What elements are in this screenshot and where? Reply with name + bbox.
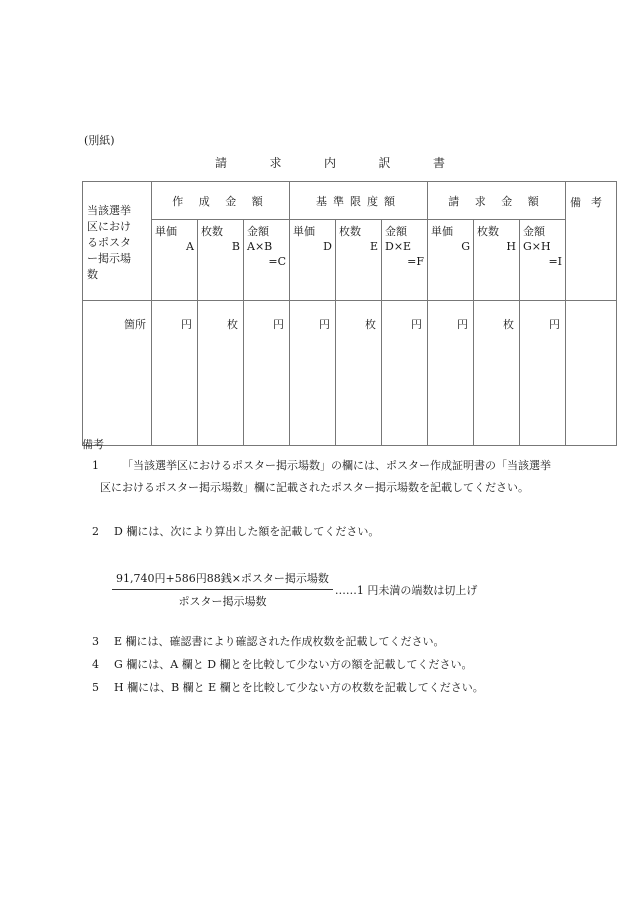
note-text: D 欄には、次により算出した額を記載してください。 bbox=[114, 525, 379, 538]
column-header-F: 金額D×E=F bbox=[382, 220, 428, 301]
column-header-I: 金額G×H=I bbox=[520, 220, 566, 301]
cell-E[interactable]: 枚 bbox=[336, 301, 382, 446]
note-number: 3 bbox=[92, 631, 114, 653]
note-text: H 欄には、B 欄と E 欄とを比較して少ない方の枚数を記載してください。 bbox=[114, 681, 484, 694]
row-label-line: 当該選挙 bbox=[87, 203, 147, 219]
note-item-5: 5H 欄には、B 欄と E 欄とを比較して少ない方の枚数を記載してください。 bbox=[92, 677, 484, 699]
note-number: 5 bbox=[92, 677, 114, 699]
cell-remarks[interactable] bbox=[566, 301, 617, 446]
cell-C[interactable]: 円 bbox=[244, 301, 290, 446]
group-header-claim-amount: 請 求 金 額 bbox=[428, 182, 566, 220]
posting-places-cell[interactable]: 箇所 bbox=[83, 301, 152, 446]
group-header-limit-amount: 基準限度額 bbox=[290, 182, 428, 220]
note-text: G 欄には、A 欄と D 欄とを比較して少ない方の額を記載してください。 bbox=[114, 658, 473, 671]
cell-D[interactable]: 円 bbox=[290, 301, 336, 446]
notes-title: 備考 bbox=[82, 436, 104, 452]
row-label-line: 区におけ bbox=[87, 219, 147, 235]
note-number: 1 bbox=[92, 455, 99, 477]
calculation-formula: 91,740円+586円88銭×ポスター掲示場数 ポスター掲示場数 ……1 円未… bbox=[112, 570, 477, 609]
column-header-G: 単価G bbox=[428, 220, 474, 301]
column-header-E: 枚数E bbox=[336, 220, 382, 301]
attachment-label: (別紙) bbox=[84, 132, 115, 148]
title-char: 内 bbox=[324, 154, 336, 171]
row-label-line: ー掲示場 bbox=[87, 251, 147, 267]
group-header-creation-amount: 作 成 金 額 bbox=[152, 182, 290, 220]
cell-H[interactable]: 枚 bbox=[474, 301, 520, 446]
document-title: 請 求 内 訳 書 bbox=[215, 154, 445, 171]
note-item-4: 4G 欄には、A 欄と D 欄とを比較して少ない方の額を記載してください。 bbox=[92, 654, 473, 676]
cell-F[interactable]: 円 bbox=[382, 301, 428, 446]
column-header-A: 単価A bbox=[152, 220, 198, 301]
formula-rounding-note: ……1 円未満の端数は切上げ bbox=[335, 582, 478, 598]
table-row: 箇所 円 枚 円 円 枚 円 円 枚 円 bbox=[83, 301, 617, 446]
note-number: 4 bbox=[92, 654, 114, 676]
note-number: 2 bbox=[92, 521, 114, 543]
title-char: 請 bbox=[215, 154, 227, 171]
breakdown-table: 当該選挙 区におけ るポスタ ー掲示場 数 作 成 金 額 基準限度額 請 求 … bbox=[82, 181, 617, 446]
formula-numerator: 91,740円+586円88銭×ポスター掲示場数 bbox=[112, 570, 333, 590]
note-item-1: 1 「当該選挙区におけるポスター掲示場数」の欄には、ポスター作成証明書の「当該選… bbox=[92, 455, 554, 499]
column-header-C: 金額A×B=C bbox=[244, 220, 290, 301]
remarks-header-label: 備考 bbox=[570, 196, 612, 209]
remarks-header: 備考 bbox=[566, 182, 617, 301]
cell-A[interactable]: 円 bbox=[152, 301, 198, 446]
column-header-H: 枚数H bbox=[474, 220, 520, 301]
cell-B[interactable]: 枚 bbox=[198, 301, 244, 446]
column-header-D: 単価D bbox=[290, 220, 336, 301]
cell-G[interactable]: 円 bbox=[428, 301, 474, 446]
note-text: E 欄には、確認書により確認された作成枚数を記載してください。 bbox=[114, 635, 445, 648]
title-char: 求 bbox=[269, 154, 281, 171]
note-item-3: 3E 欄には、確認書により確認された作成枚数を記載してください。 bbox=[92, 631, 445, 653]
row-label-line: 数 bbox=[87, 267, 147, 283]
column-header-B: 枚数B bbox=[198, 220, 244, 301]
cell-I[interactable]: 円 bbox=[520, 301, 566, 446]
note-item-2: 2D 欄には、次により算出した額を記載してください。 bbox=[92, 521, 379, 543]
title-char: 書 bbox=[433, 154, 445, 171]
title-char: 訳 bbox=[378, 154, 390, 171]
row-label-line: るポスタ bbox=[87, 235, 147, 251]
note-text: 「当該選挙区におけるポスター掲示場数」の欄には、ポスター作成証明書の「当該選挙区… bbox=[92, 455, 554, 499]
formula-fraction: 91,740円+586円88銭×ポスター掲示場数 ポスター掲示場数 bbox=[112, 570, 333, 609]
formula-denominator: ポスター掲示場数 bbox=[112, 590, 333, 609]
row-label-header: 当該選挙 区におけ るポスタ ー掲示場 数 bbox=[83, 182, 152, 301]
